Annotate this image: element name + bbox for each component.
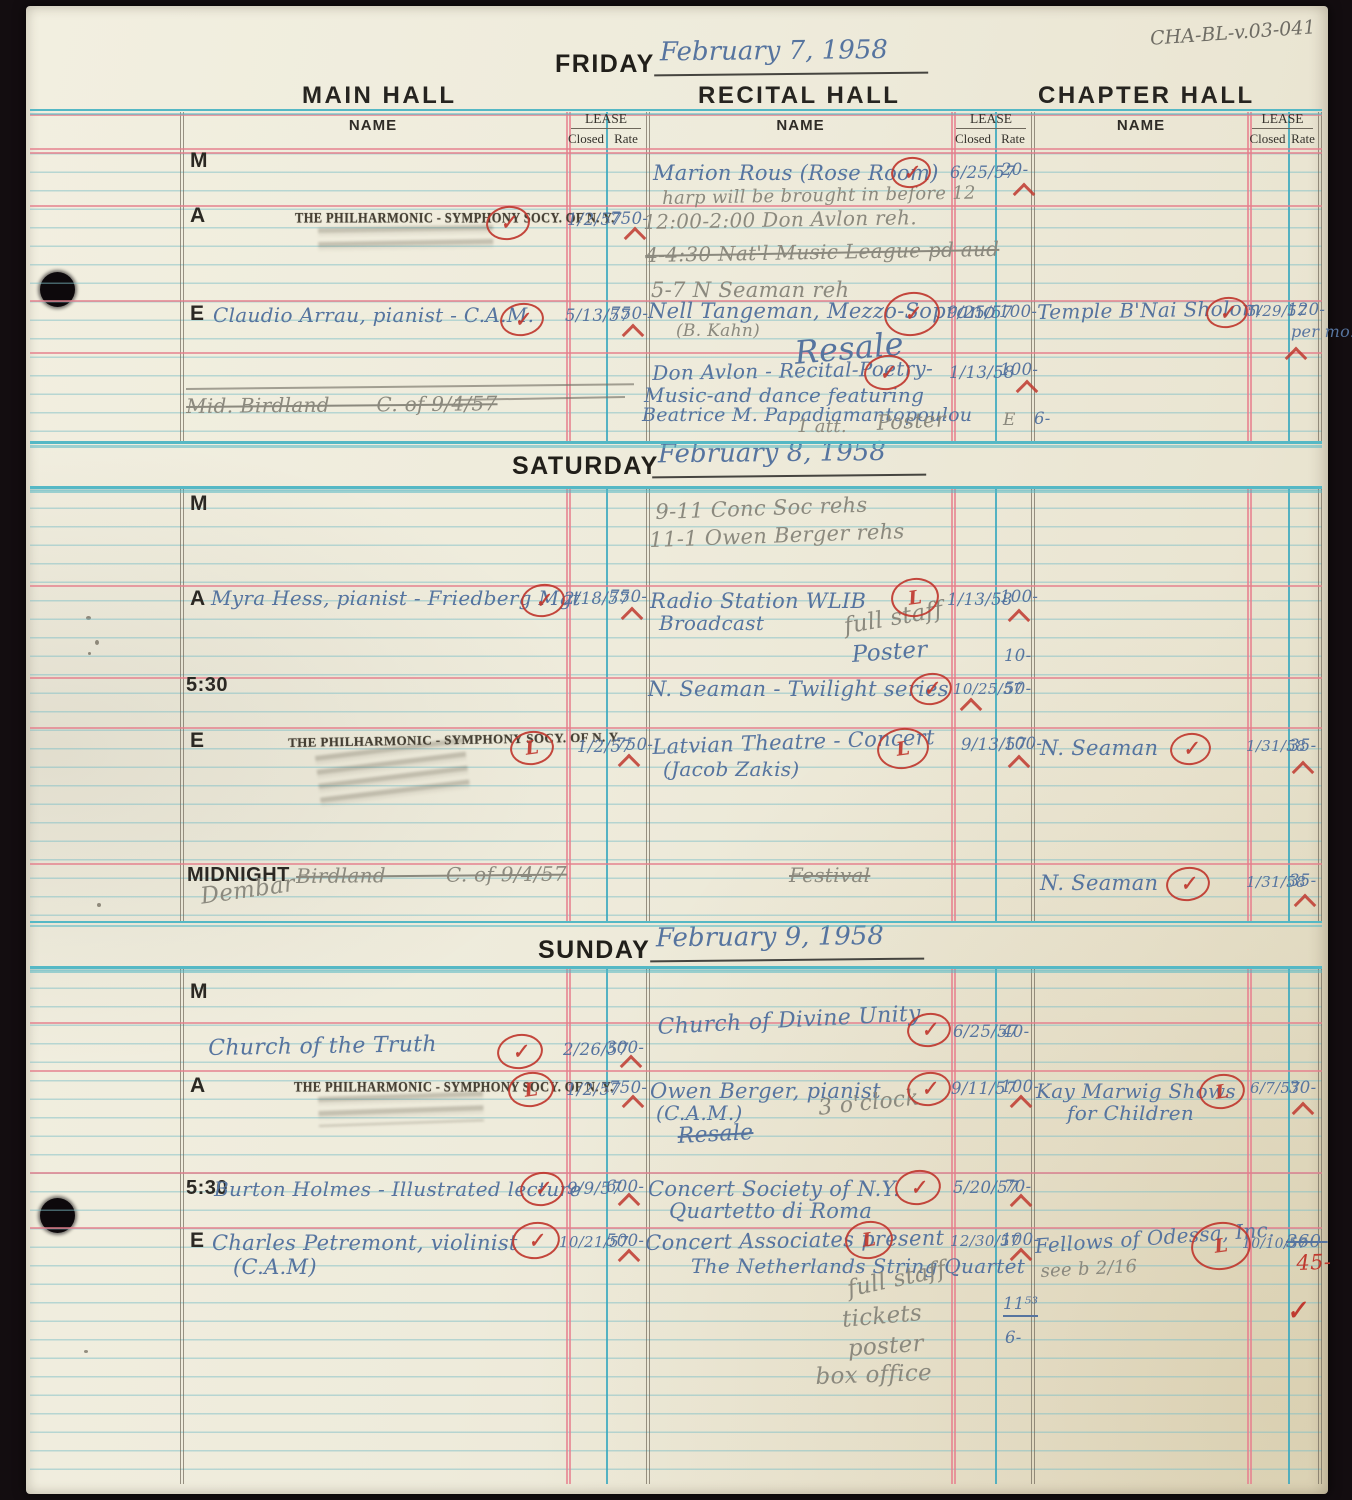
ledger-entry: 12:00-2:00 Don Avlon reh. [643,205,917,234]
ledger-entry: Radio Station WLIB [650,589,866,613]
column-line [649,489,650,921]
ledger-entry: 10- [1004,646,1031,665]
row-line [30,148,1322,150]
ledger-entry: poster [847,1331,925,1362]
ledger-entry: 360- [1286,1231,1328,1252]
ledger-entry: 750- [610,304,648,323]
lease-underline [1252,128,1313,129]
column-header-lease: LEASE [1247,111,1318,127]
ledger-entry: 500- [606,1231,644,1250]
row-line [30,727,1322,729]
column-line [1031,489,1032,921]
ledger-entry: 45- [1296,1250,1332,1275]
ledger-entry: per mo. [1291,322,1352,341]
ledger-entry: for Children [1067,1101,1194,1125]
row-line [30,352,1322,354]
ledger-entry: (B. Kahn) [676,321,760,341]
ledger-entry: Nell Tangeman, Mezzo-Soprano [648,299,996,323]
time-label-e-saturday: E [190,729,205,753]
ledger-entry: Festival [789,863,870,887]
column-line [569,112,571,441]
column-header-name: NAME [650,117,951,134]
column-line [1247,112,1249,441]
ledger-entry: 6- [1034,409,1051,428]
ledger-entry: Claudio Arrau, pianist - C.A.M. [213,303,534,327]
day-section-header-saturday: SATURDAY February 8, 1958 [30,444,1322,486]
time-label-530-saturday: 5:30 [186,674,228,697]
column-line [1318,112,1319,441]
hall-title-chapter: CHAPTER HALL [1038,82,1255,110]
red-check-mark: ✓ [1284,1295,1309,1327]
ledger-entry: Church of the Truth [208,1032,437,1061]
column-line [1247,489,1249,921]
column-header-lease: LEASE [951,111,1031,127]
column-header-closed: Closed [1247,131,1288,147]
ledger-entry: 300- [606,1038,644,1057]
column-header-rate: Rate [1288,131,1318,147]
column-header-closed: Closed [566,131,606,147]
column-line [646,489,647,921]
ledger-entry: 750- [609,587,647,606]
time-label-e-friday: E [190,302,205,326]
ledger-entry: Concert Society of N.Y. [648,1177,900,1201]
time-label-m-friday: M [190,149,208,173]
column-header-closed: Closed [951,131,995,147]
column-line [1321,112,1322,441]
row-line [30,1172,1322,1174]
day-date-friday: February 7, 1958 [654,35,928,77]
ledger-entry: 120- [1287,300,1325,319]
ledger-entry: N. Seaman [1040,871,1158,895]
lease-underline [956,128,1026,129]
ledger-entry: 50- [1004,679,1031,698]
ledger-entry: Resale [677,1120,754,1149]
ledger-entry: 750- [610,209,648,228]
column-header-rate: Rate [606,131,646,147]
section-line [30,921,1322,924]
time-label-e-sunday: E [190,1229,205,1253]
column-header-name: NAME [1035,117,1247,134]
section-line [30,109,1322,112]
column-line [566,112,568,441]
stamp-smudge [318,1091,484,1127]
column-line [569,489,571,921]
hall-title-main: MAIN HALL [302,82,456,110]
column-line [1250,489,1252,921]
column-line [566,489,568,921]
column-line [995,112,997,441]
row-line [30,114,1322,116]
ledger-entry: Mid. Birdland C. of 9/4/57 [186,391,498,418]
column-line [995,489,997,921]
hall-title-recital: RECITAL HALL [698,82,900,110]
column-line [183,489,184,921]
column-line [606,489,608,921]
stamp-smudge [318,225,493,256]
column-header-rate: Rate [995,131,1031,147]
column-line [1288,489,1290,921]
ledger-entry: 100- [999,302,1037,321]
day-label-sunday: SUNDAY [538,936,650,965]
ledger-entry: 1 att. [797,416,847,437]
column-line [1250,112,1252,441]
row-line [30,152,1322,154]
ledger-entry: 750- [615,735,653,754]
column-line [951,489,953,921]
time-label-a-friday: A [190,204,206,228]
column-line [183,112,184,441]
ledger-entry: 100- [1000,360,1038,379]
ledger-entry: E [1003,410,1016,430]
ledger-entry: Quartetto di Roma [669,1199,872,1223]
ledger-entry: 100- [1001,1077,1039,1096]
ledger-entry: Poster [876,407,947,435]
ledger-entry: 35- [1289,871,1316,890]
ledger-entry: Broadcast [659,611,764,635]
day-label-friday: FRIDAY [555,50,655,79]
ledger-entry: 70- [1004,1177,1031,1196]
column-line [180,489,181,921]
time-label-a-saturday: A [190,587,206,611]
ledger-entry: 40- [1002,1022,1029,1041]
section-line [30,486,1322,489]
column-line [1288,112,1290,441]
ledger-entry: Charles Petremont, violinist [212,1231,518,1255]
day-section-header-sunday: SUNDAY February 9, 1958 [30,922,1322,966]
time-label-a-sunday: A [190,1074,206,1098]
ledger-entry: (Jacob Zakis) [663,757,799,781]
day-label-saturday: SATURDAY [512,452,659,481]
column-line [180,112,181,441]
row-line [30,1070,1322,1072]
ledger-entry: N. Seaman - Twilight series [648,677,949,701]
ledger-entry: Poster [851,637,928,668]
ledger-entry: 20- [1001,160,1028,179]
column-line [606,112,608,441]
section-line [30,966,1322,969]
time-label-m-sunday: M [190,980,208,1004]
ledger-entry: 100- [1000,587,1038,606]
column-header-name: NAME [180,117,566,134]
ledger-entry: (C.A.M) [233,1255,317,1279]
ruled-lines [30,489,1322,920]
column-header-lease: LEASE [566,111,646,127]
ledger-entry: 30- [1289,1078,1316,1097]
ledger-entry: Birdland C. of 9/4/57 [296,862,567,888]
ledger-entry: 6- [1005,1328,1022,1347]
ledger-entry: box office [815,1360,932,1390]
ledger-entry: 100- [1004,734,1042,753]
ledger-entry: 35- [1289,736,1316,755]
day-section-header-friday: FRIDAY February 7, 1958 MAIN HALL RECITA… [30,10,1322,109]
column-line [1321,489,1322,921]
column-line [954,489,956,921]
lease-underline [571,128,641,129]
scanned-ledger-screenshot: FRIDAY February 7, 1958 MAIN HALL RECITA… [0,0,1352,1500]
ledger-entry: 600- [606,1177,644,1196]
ledger-entry: 750- [609,1078,647,1097]
ledger-entry: 11⁵³ [1003,1294,1038,1317]
ledger-entry: N. Seaman [1040,736,1158,760]
column-line [951,112,953,441]
day-date-sunday: February 9, 1958 [650,921,924,963]
column-line [1034,489,1035,921]
column-line [954,112,956,441]
section-line [30,441,1322,444]
time-label-m-saturday: M [190,492,208,516]
column-line [1318,489,1319,921]
